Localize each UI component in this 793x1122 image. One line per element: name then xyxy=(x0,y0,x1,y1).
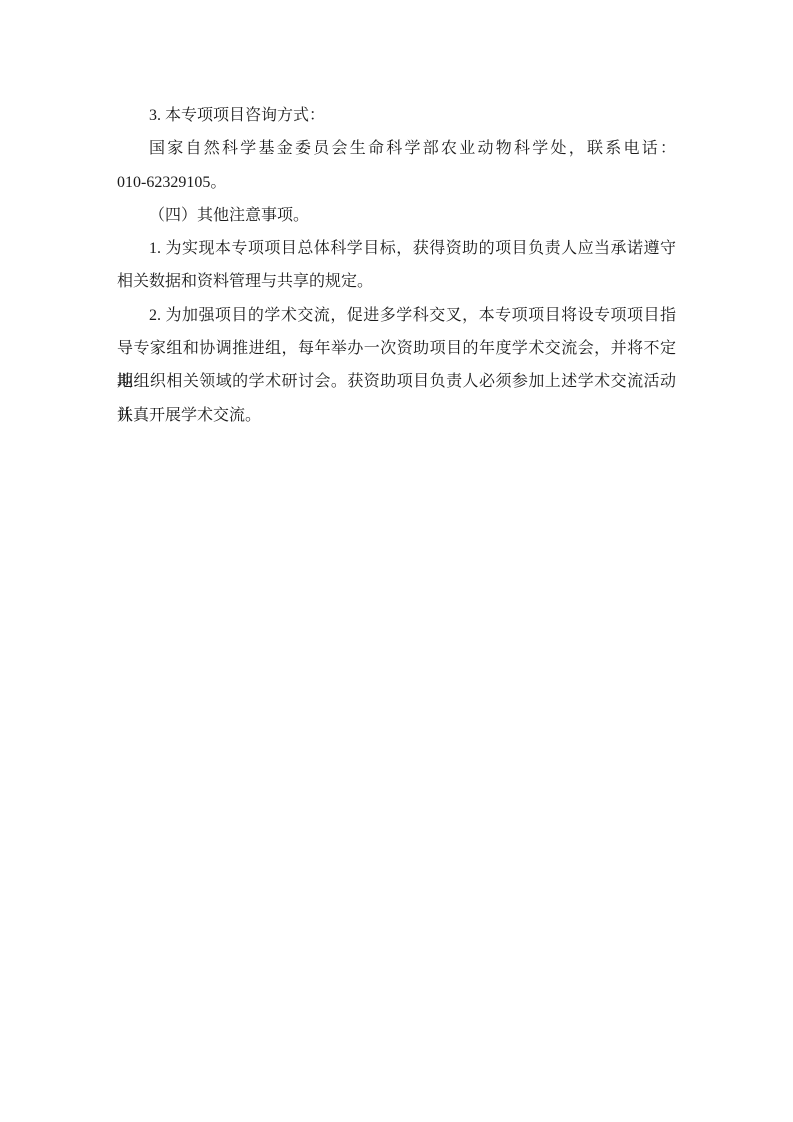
line-note2-part1: 2. 为加强项目的学术交流，促进多学科交叉，本专项项目将设专项项目指 xyxy=(117,299,676,332)
line-consult-heading: 3. 本专项项目咨询方式： xyxy=(117,99,676,132)
line-note2-part2: 导专家组和协调推进组，每年举办一次资助项目的年度学术交流会，并将不定期 xyxy=(117,332,676,365)
line-note2-part3: 地组织相关领域的学术研讨会。获资助项目负责人必须参加上述学术交流活动并 xyxy=(117,365,676,398)
document-text-block: 3. 本专项项目咨询方式： 国家自然科学基金委员会生命科学部农业动物科学处，联系… xyxy=(117,99,676,432)
line-section-heading: （四）其他注意事项。 xyxy=(117,199,676,232)
line-note1-part2: 相关数据和资料管理与共享的规定。 xyxy=(117,265,676,298)
line-note2-part4: 认真开展学术交流。 xyxy=(117,399,676,432)
document-page: 3. 本专项项目咨询方式： 国家自然科学基金委员会生命科学部农业动物科学处，联系… xyxy=(0,0,793,1122)
line-phone-number: 010-62329105。 xyxy=(117,166,676,199)
line-note1-part1: 1. 为实现本专项项目总体科学目标，获得资助的项目负责人应当承诺遵守 xyxy=(117,232,676,265)
line-contact-info: 国家自然科学基金委员会生命科学部农业动物科学处，联系电话： xyxy=(117,132,676,165)
